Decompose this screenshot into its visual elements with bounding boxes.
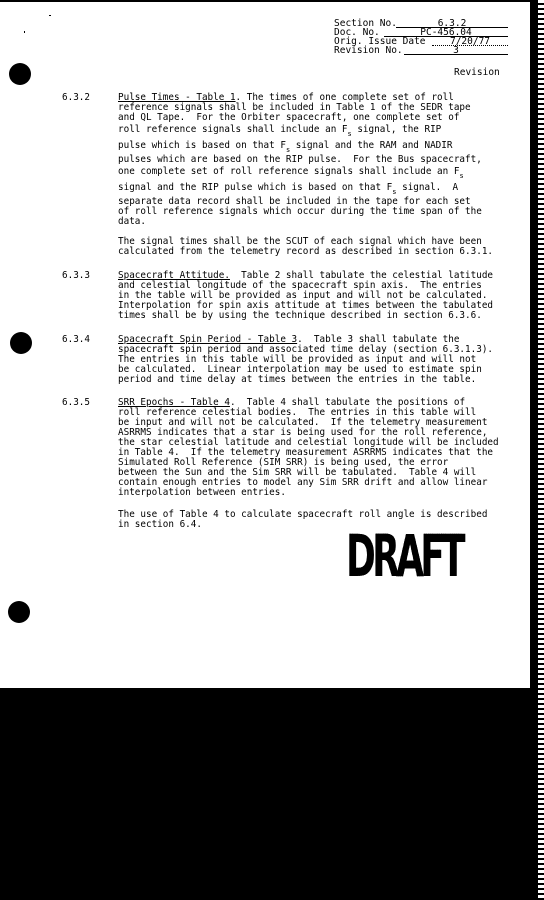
text-line: data. xyxy=(118,217,486,227)
text-line: pulses which are based on the RIP pulse.… xyxy=(118,155,486,165)
section-text: Spacecraft Attitude. Table 2 shall tabul… xyxy=(118,271,486,321)
issue-date-value: 7/20/77 xyxy=(432,37,508,46)
section-text: SRR Epochs - Table 4. Table 4 shall tabu… xyxy=(118,398,486,530)
text-line: and QL Tape. For the Orbiter spacecraft,… xyxy=(118,113,486,123)
scan-edge-dotted xyxy=(538,0,544,900)
revision-no-value: 3 xyxy=(404,46,508,55)
text-line: pulse which is based on that Fs signal a… xyxy=(118,139,486,155)
subscript-s: s xyxy=(348,130,352,138)
hole-punch-icon xyxy=(9,63,31,85)
text-line: interpolation between entries. xyxy=(118,488,486,498)
text-line: period and time delay at times between t… xyxy=(118,375,486,385)
draft-stamp-text: DRAFT xyxy=(346,522,462,590)
hole-punch-icon xyxy=(8,601,30,623)
scan-speck xyxy=(24,31,25,33)
hole-punch-icon xyxy=(10,332,32,354)
section-text: Spacecraft Spin Period - Table 3. Table … xyxy=(118,335,486,385)
section-text: Pulse Times - Table 1. The times of one … xyxy=(118,93,486,257)
text-line: of roll reference signals which occur du… xyxy=(118,207,486,217)
subscript-s: s xyxy=(286,146,290,154)
text-line: signal and the RIP pulse which is based … xyxy=(118,181,486,197)
section-number: 6.3.4 xyxy=(62,335,90,345)
section-number: 6.3.5 xyxy=(62,398,90,408)
document-header: Section No. 6.3.2 Doc. No. PC-456.04 Ori… xyxy=(334,19,510,55)
subscript-s: s xyxy=(392,188,396,196)
header-row-revision: Revision No. 3 xyxy=(334,46,510,55)
scan-edge-strip xyxy=(530,0,538,900)
subscript-s: s xyxy=(459,172,463,180)
section-number: 6.3.2 xyxy=(62,93,90,103)
draft-stamp: DRAFT xyxy=(346,528,412,584)
scan-speck xyxy=(49,15,51,16)
text-line: times shall be by using the technique de… xyxy=(118,311,486,321)
text-line: roll reference signals shall include an … xyxy=(118,123,486,139)
revision-caption: Revision xyxy=(454,67,500,78)
revision-no-label: Revision No. xyxy=(334,46,403,55)
section-number: 6.3.3 xyxy=(62,271,90,281)
text-line: one complete set of roll reference signa… xyxy=(118,165,486,181)
text-line: calculated from the telemetry record as … xyxy=(118,247,486,257)
